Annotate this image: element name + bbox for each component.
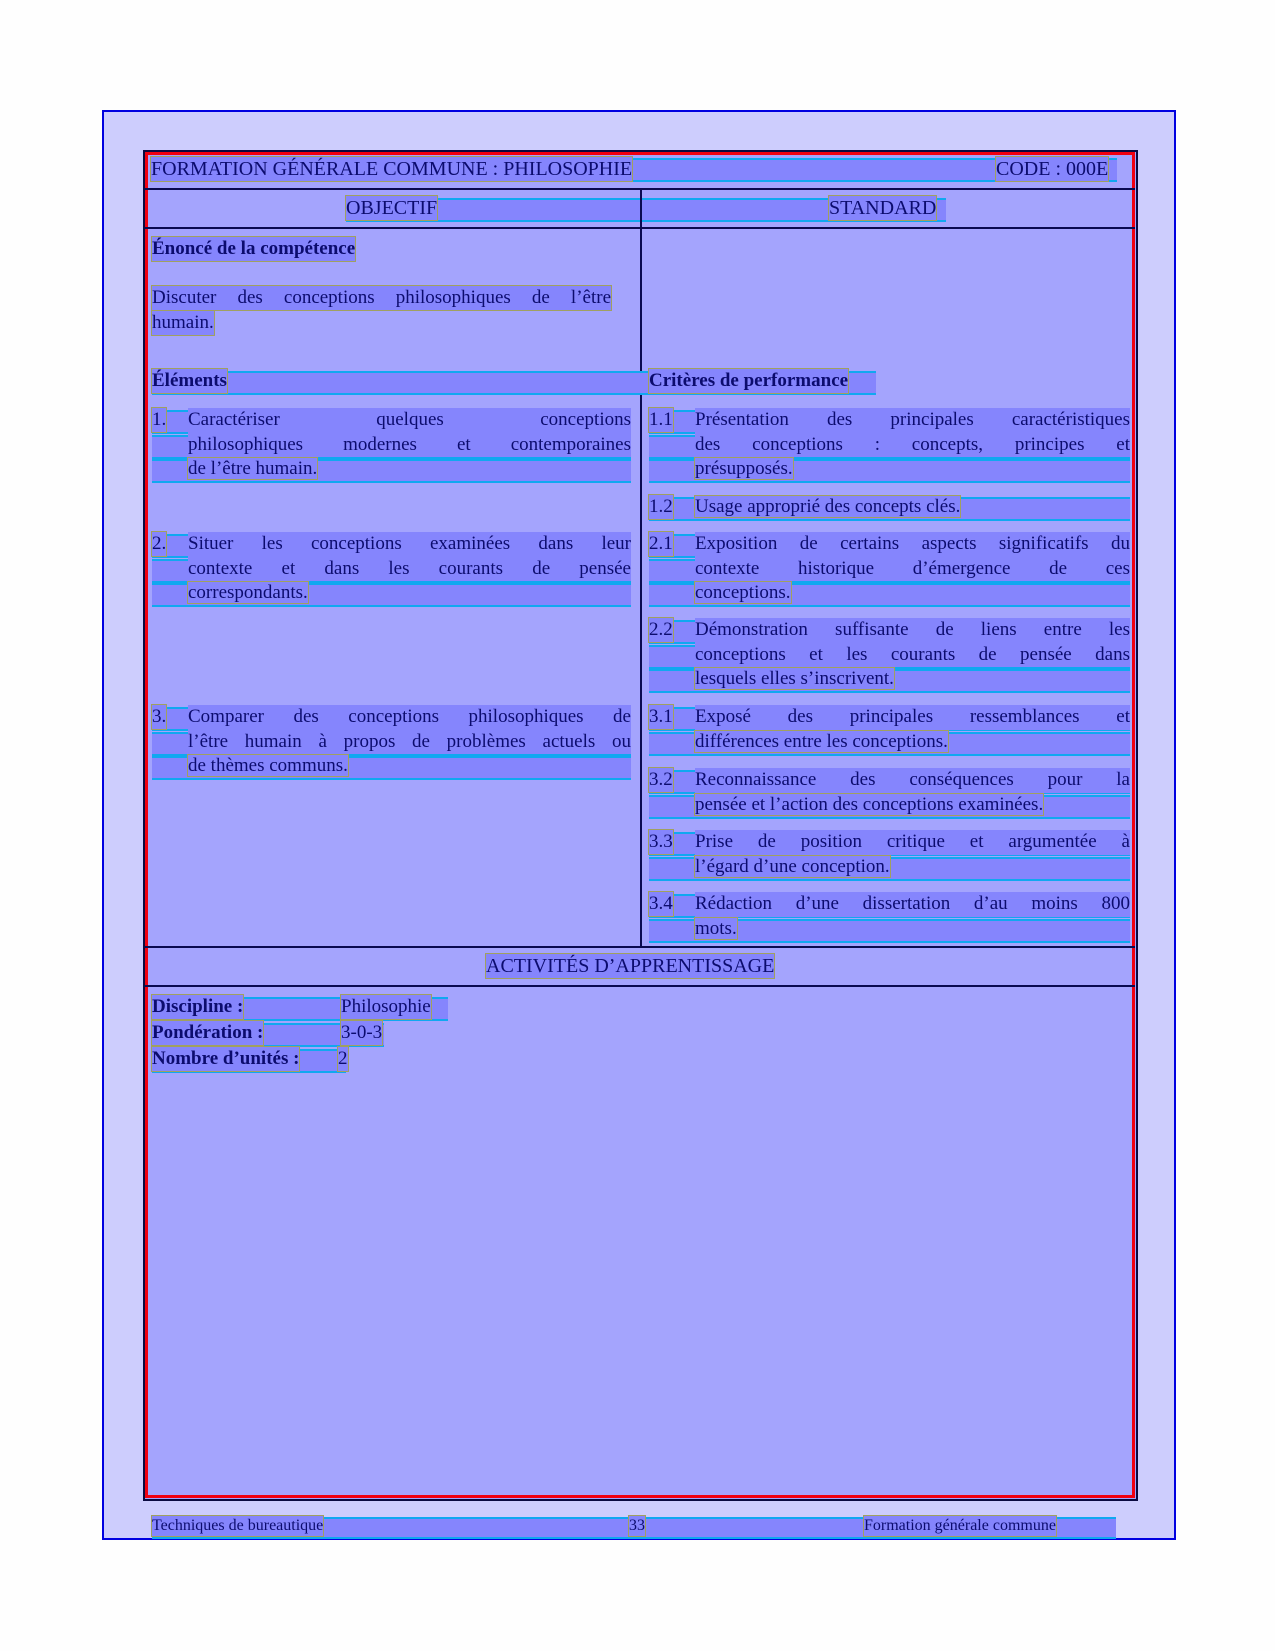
footer-page-number: 33 xyxy=(629,1516,645,1536)
element-text-line: Comparer des conceptions philosophiques … xyxy=(188,705,631,730)
criterion-number: 3.2 xyxy=(649,768,673,792)
criterion-text-line: conceptions et les courants de pensée da… xyxy=(695,643,1130,668)
element-text-line: Caractériser quelques conceptions xyxy=(188,408,631,433)
form-title: FORMATION GÉNÉRALE COMMUNE : PHILOSOPHIE xyxy=(151,157,632,181)
criterion-text-line: mots. xyxy=(695,917,1130,942)
element-text-line: correspondants. xyxy=(188,581,631,606)
footer-section: Formation générale commune xyxy=(864,1516,1056,1536)
criterion-text-line: Présentation des principales caractérist… xyxy=(695,408,1130,433)
discipline-label: Discipline : xyxy=(152,995,243,1019)
criterion-number: 3.3 xyxy=(649,830,673,854)
units-value: 2 xyxy=(338,1047,348,1071)
element-text-line: philosophiques modernes et contemporaine… xyxy=(188,433,631,458)
criterion-text-line: Reconnaissance des conséquences pour la xyxy=(695,768,1130,793)
competence-heading: Énoncé de la compétence xyxy=(152,237,355,261)
criterion-text-line: Démonstration suffisante de liens entre … xyxy=(695,618,1130,643)
element-number: 1. xyxy=(152,408,166,432)
element-number: 3. xyxy=(152,705,166,729)
criterion-number: 1.2 xyxy=(649,495,673,519)
criterion-number: 2.1 xyxy=(649,532,673,556)
course-code: CODE : 000E xyxy=(996,157,1108,181)
criterion-text-line: Usage approprié des concepts clés. xyxy=(695,495,1130,520)
column-divider xyxy=(640,189,642,947)
ponderation-label: Pondération : xyxy=(152,1021,263,1045)
divider xyxy=(145,946,1135,948)
element-number: 2. xyxy=(152,532,166,556)
criterion-text-line: conceptions. xyxy=(695,581,1130,606)
criterion-text-line: des conceptions : concepts, principes et xyxy=(695,433,1130,458)
divider xyxy=(145,985,1135,987)
criterion-text-line: l’égard d’une conception. xyxy=(695,855,1130,880)
column-objectif: OBJECTIF xyxy=(346,196,437,220)
criterion-text-line: Exposé des principales ressemblances et xyxy=(695,705,1130,730)
criterion-text-line: lesquels elles s’inscrivent. xyxy=(695,667,1130,692)
competence-text-cont: humain. xyxy=(152,311,214,335)
criterion-text-line: Exposition de certains aspects significa… xyxy=(695,532,1130,557)
criterion-number: 2.2 xyxy=(649,618,673,642)
units-label: Nombre d’unités : xyxy=(152,1047,299,1071)
element-text-line: de thèmes communs. xyxy=(188,754,631,779)
activities-heading: ACTIVITÉS D’APPRENTISSAGE xyxy=(486,954,774,978)
criterion-number: 1.1 xyxy=(649,408,673,432)
criterion-text-line: différences entre les conceptions. xyxy=(695,730,1130,755)
criterion-number: 3.4 xyxy=(649,892,673,916)
discipline-value: Philosophie xyxy=(341,995,431,1019)
column-standard: STANDARD xyxy=(829,196,936,220)
element-text-line: de l’être humain. xyxy=(188,457,631,482)
competence-text: Discuter des conceptions philosophiques … xyxy=(152,286,611,310)
footer-program: Techniques de bureautique xyxy=(152,1516,323,1536)
element-text-line: l’être humain à propos de problèmes actu… xyxy=(188,730,631,755)
criterion-text-line: pensée et l’action des conceptions exami… xyxy=(695,793,1130,818)
criterion-text-line: contexte historique d’émergence de ces xyxy=(695,557,1130,582)
ponderation-value: 3-0-3 xyxy=(341,1021,382,1045)
criteria-heading: Critères de performance xyxy=(649,369,848,393)
criterion-number: 3.1 xyxy=(649,705,673,729)
element-text-line: Situer les conceptions examinées dans le… xyxy=(188,532,631,557)
criterion-text-line: présupposés. xyxy=(695,457,1130,482)
elements-heading: Éléments xyxy=(152,369,227,393)
element-text-line: contexte et dans les courants de pensée xyxy=(188,557,631,582)
criterion-text-line: Prise de position critique et argumentée… xyxy=(695,830,1130,855)
criterion-text-line: Rédaction d’une dissertation d’au moins … xyxy=(695,892,1130,917)
